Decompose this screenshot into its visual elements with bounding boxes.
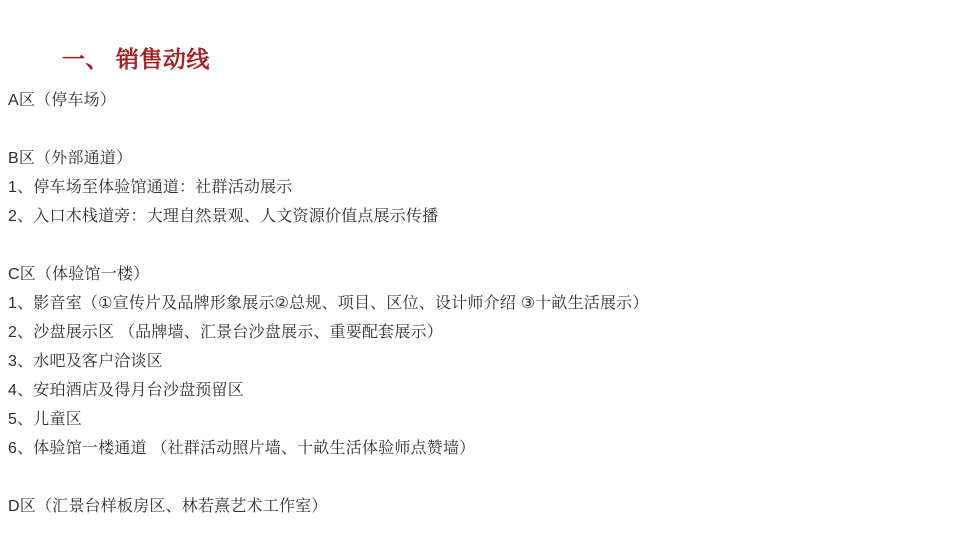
section-c-heading: C区（体验馆一楼） bbox=[8, 260, 948, 289]
section-a-heading: A区（停车场） bbox=[8, 86, 948, 115]
section-b-item-2: 2、入口木栈道旁：大理自然景观、人文资源价值点展示传播 bbox=[8, 202, 948, 231]
section-c-item-4: 4、安珀酒店及得月台沙盘预留区 bbox=[8, 376, 948, 405]
sales-route-text: A区（停车场） B区（外部通道） 1、停车场至体验馆通道：社群活动展示 2、入口… bbox=[8, 86, 948, 521]
section-c-item-1: 1、影音室（①宣传片及品牌形象展示②总规、项目、区位、设计师介绍 ③十畝生活展示… bbox=[8, 289, 948, 318]
section-c-item-3: 3、水吧及客户洽谈区 bbox=[8, 347, 948, 376]
section-d-heading: D区（汇景台样板房区、林若熹艺术工作室） bbox=[8, 492, 948, 521]
section-c-item-6: 6、体验馆一楼通道 （社群活动照片墙、十畝生活体验师点赞墙） bbox=[8, 434, 948, 463]
section-b-heading: B区（外部通道） bbox=[8, 144, 948, 173]
section-c-item-5: 5、儿童区 bbox=[8, 405, 948, 434]
section-gap bbox=[8, 463, 948, 492]
slide: 一、 销售动线 A区（停车场） B区（外部通道） 1、停车场至体验馆通道：社群活… bbox=[0, 0, 960, 540]
section-gap bbox=[8, 115, 948, 144]
section-c-item-2: 2、沙盘展示区 （品牌墙、汇景台沙盘展示、重要配套展示） bbox=[8, 318, 948, 347]
section-gap bbox=[8, 231, 948, 260]
page-title: 一、 销售动线 bbox=[62, 45, 210, 74]
section-b-item-1: 1、停车场至体验馆通道：社群活动展示 bbox=[8, 173, 948, 202]
